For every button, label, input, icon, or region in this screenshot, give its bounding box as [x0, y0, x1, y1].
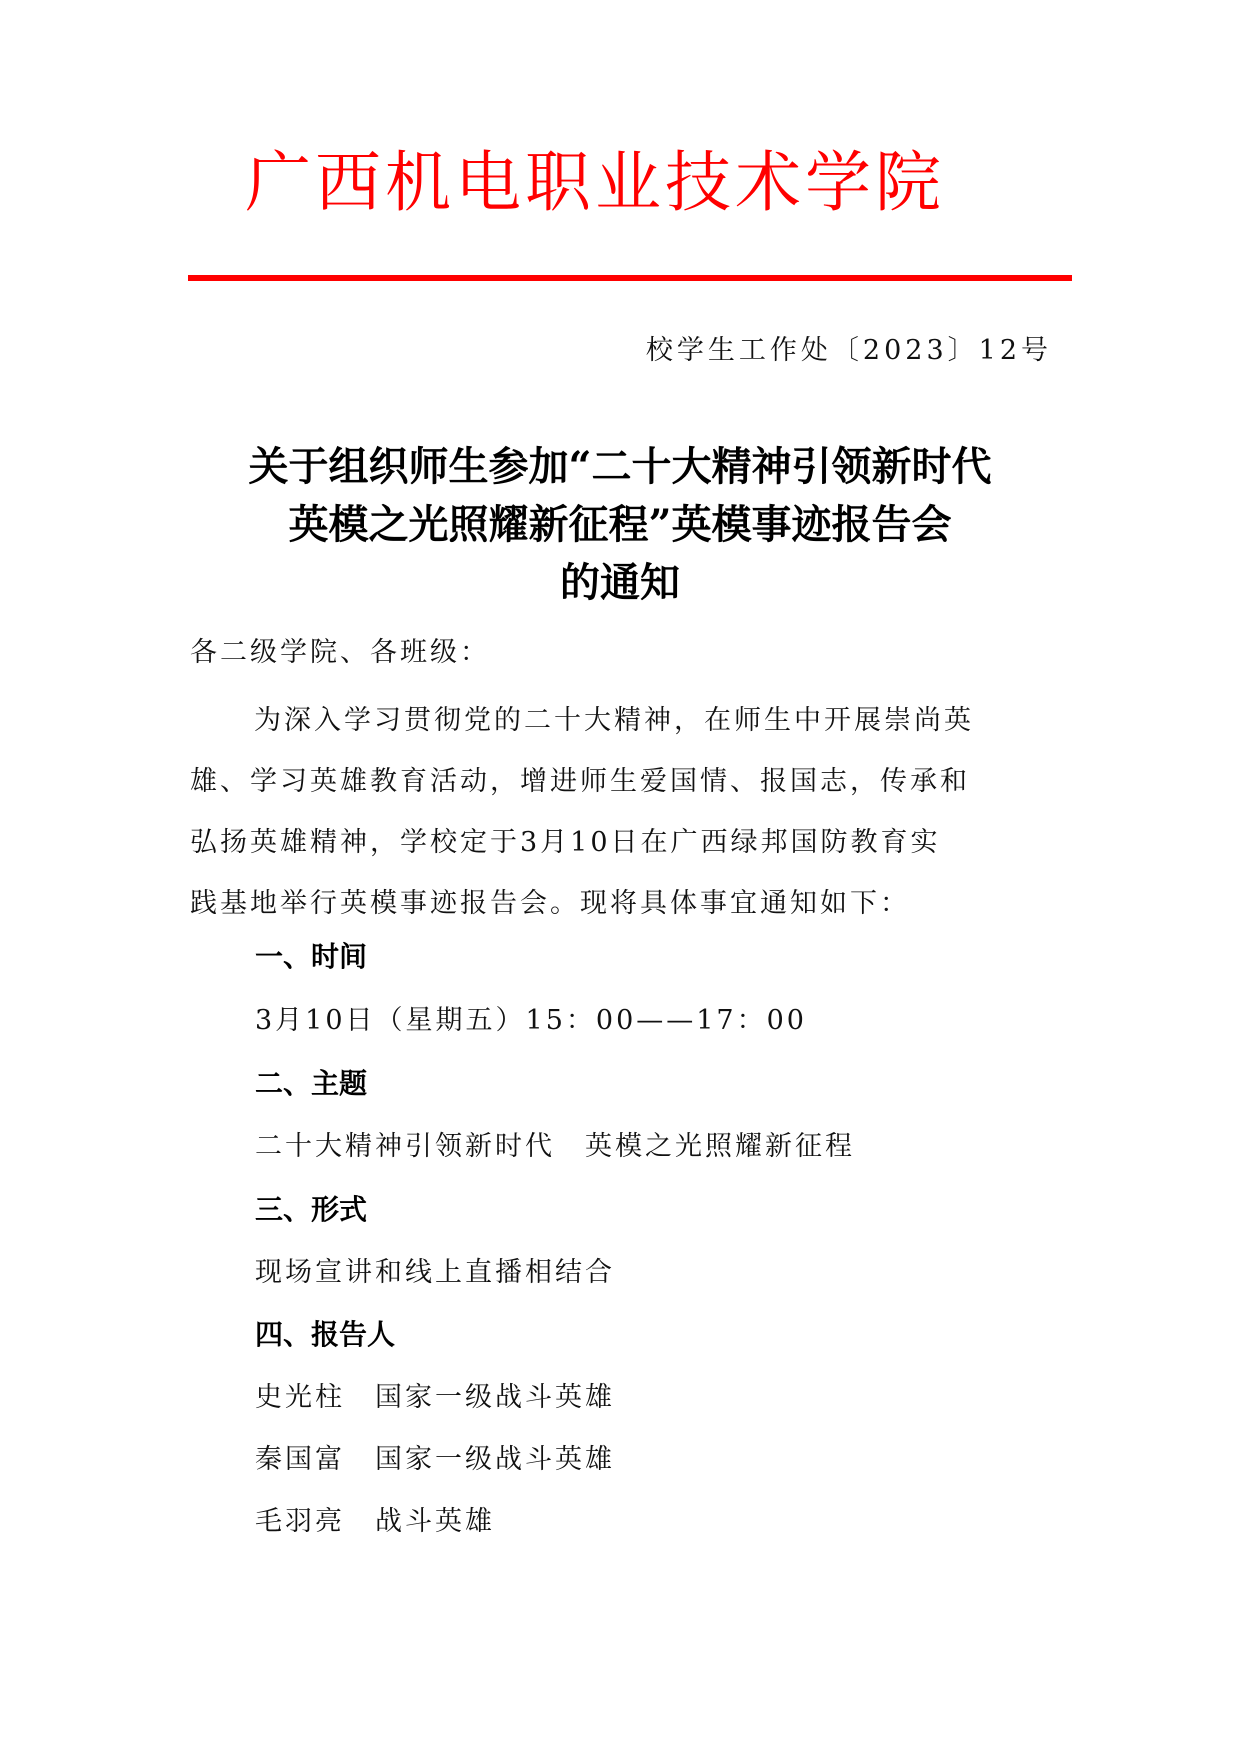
document-title: 关于组织师生参加“二十大精神引领新时代 英模之光照耀新征程”英模事迹报告会 的通… [180, 438, 1060, 612]
document-number: 校学生工作处〔2023〕12号 [646, 328, 1052, 367]
intro-paragraph: 为深入学习贯彻党的二十大精神，在师生中开展崇尚英 雄、学习英雄教育活动，增进师生… [190, 690, 974, 934]
intro-line: 雄、学习英雄教育活动，增进师生爱国情、报国志，传承和 [190, 751, 974, 812]
section-heading-theme: 二、主题 [255, 1062, 367, 1102]
section-heading-speakers: 四、报告人 [255, 1313, 395, 1353]
red-divider [188, 275, 1072, 281]
section-body-format: 现场宣讲和线上直播相结合 [255, 1250, 615, 1289]
institution-header: 广西机电职业技术学院 [245, 150, 1005, 216]
salutation: 各二级学院、各班级： [190, 630, 490, 669]
speaker-item: 史光柱 国家一级战斗英雄 [255, 1375, 615, 1414]
intro-line: 弘扬英雄精神，学校定于3月10日在广西绿邦国防教育实 [190, 812, 974, 873]
section-heading-time: 一、时间 [255, 935, 367, 975]
intro-line: 践基地举行英模事迹报告会。现将具体事宜通知如下： [190, 873, 974, 934]
section-heading-format: 三、形式 [255, 1188, 367, 1228]
section-body-time: 3月10日（星期五）15：00——17：00 [255, 998, 807, 1037]
section-body-theme: 二十大精神引领新时代 英模之光照耀新征程 [255, 1124, 855, 1163]
speaker-item: 毛羽亮 战斗英雄 [255, 1499, 495, 1538]
speaker-item: 秦国富 国家一级战斗英雄 [255, 1437, 615, 1476]
intro-line: 为深入学习贯彻党的二十大精神，在师生中开展崇尚英 [190, 690, 974, 751]
title-line-2: 英模之光照耀新征程”英模事迹报告会 [180, 496, 1060, 554]
document-page: 广西机电职业技术学院 校学生工作处〔2023〕12号 关于组织师生参加“二十大精… [0, 0, 1240, 1753]
title-line-1: 关于组织师生参加“二十大精神引领新时代 [180, 438, 1060, 496]
title-line-3: 的通知 [180, 554, 1060, 612]
